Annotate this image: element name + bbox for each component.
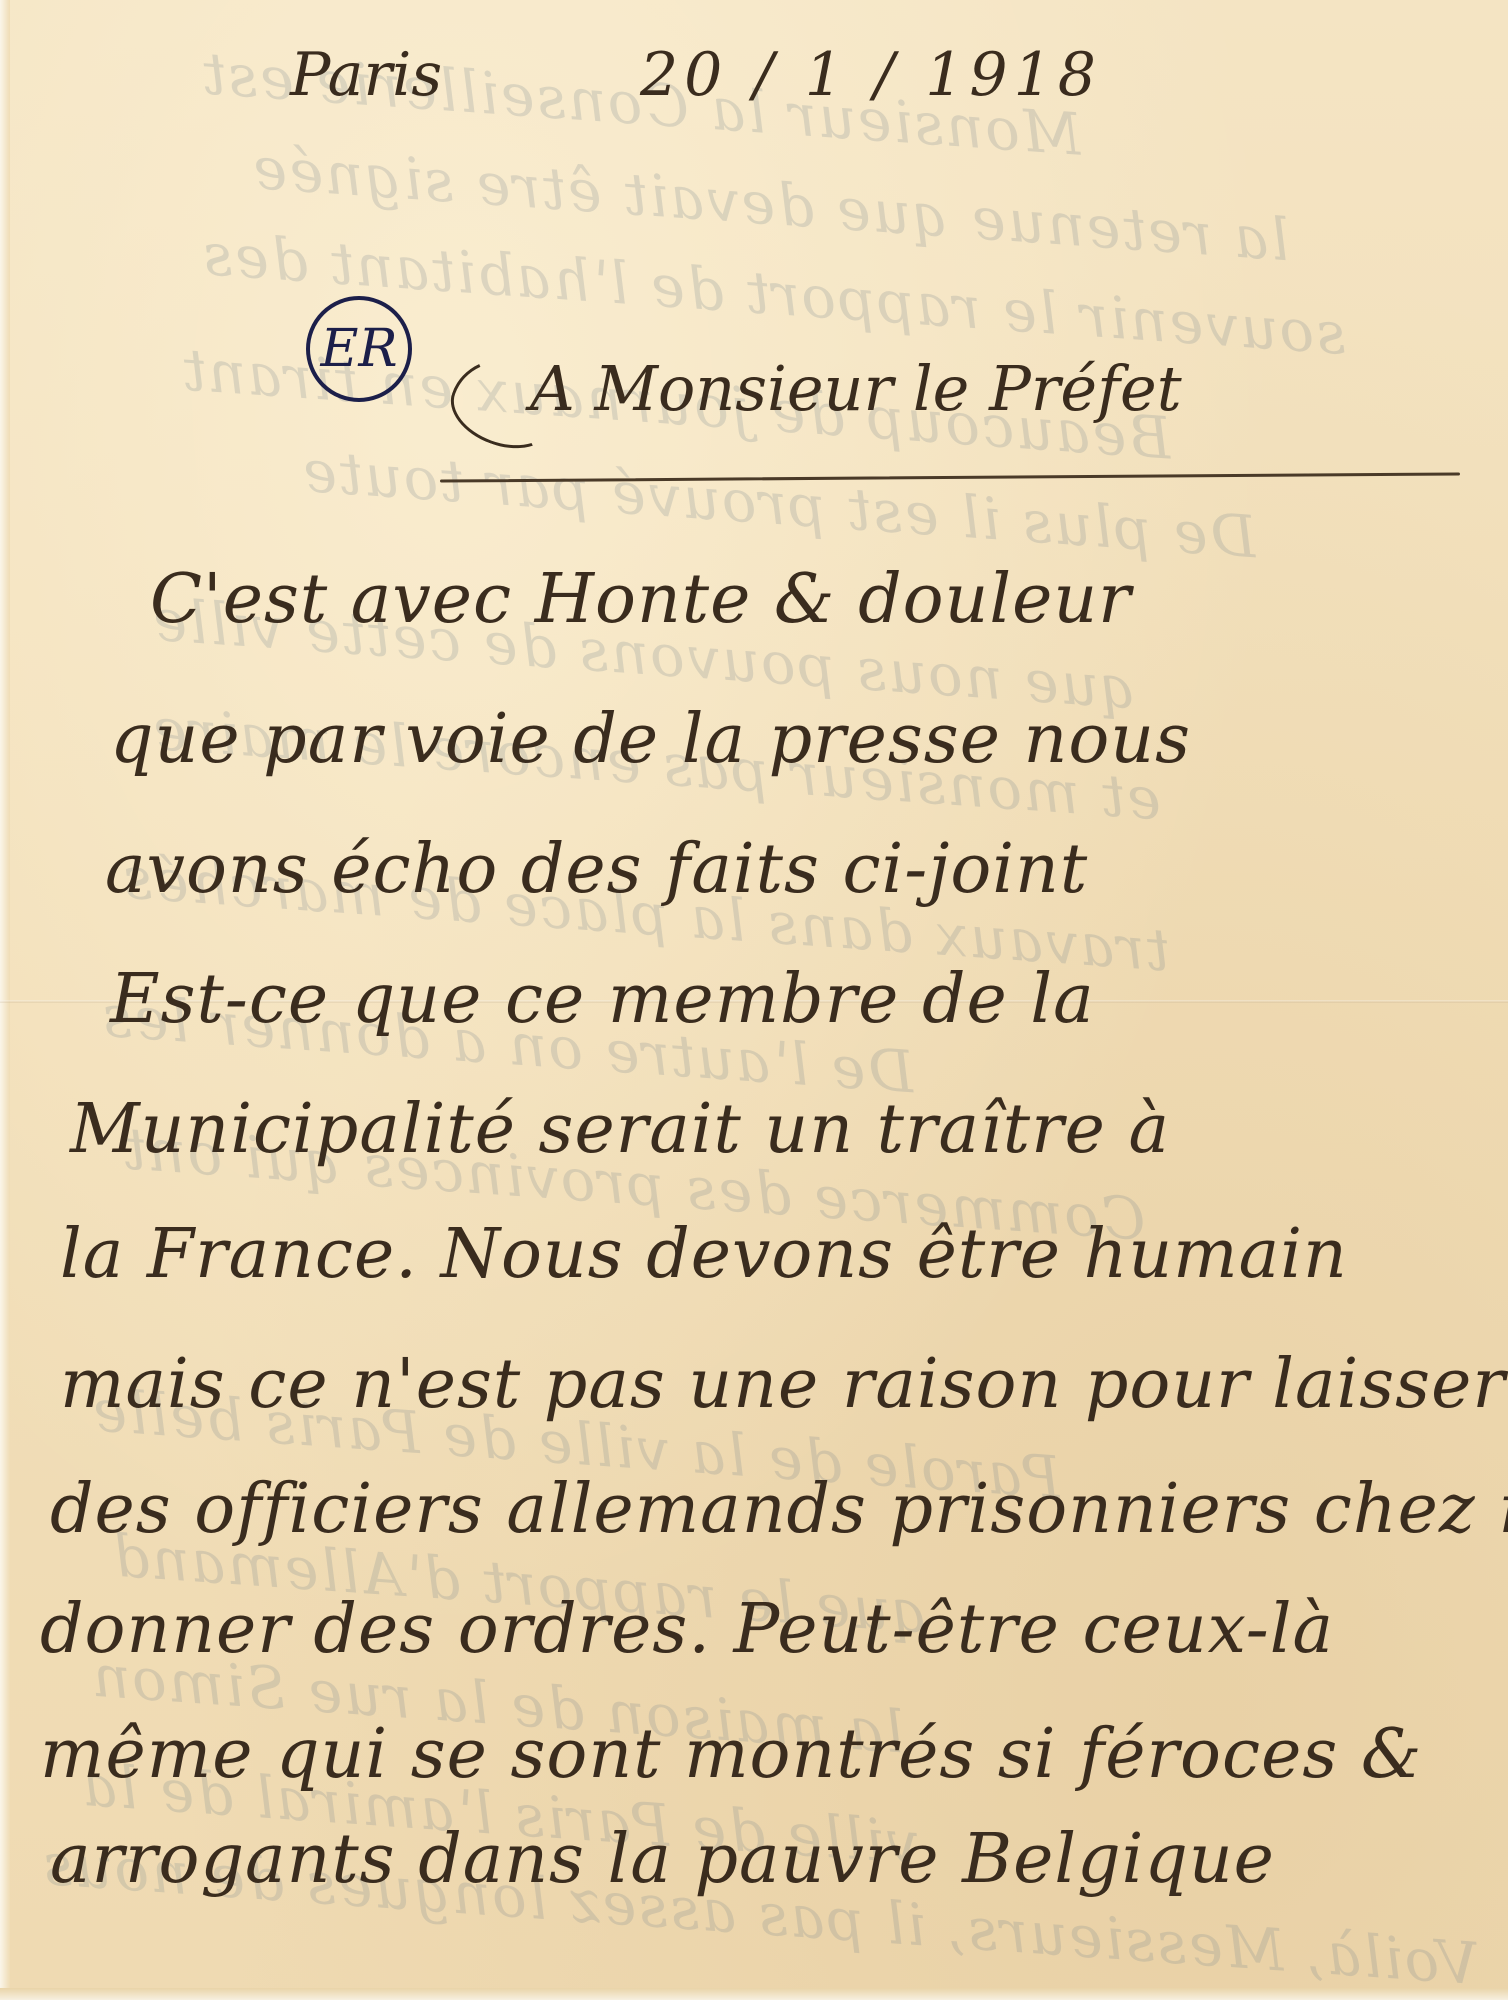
letter-date: 20 / 1 / 1918 xyxy=(640,40,1102,110)
body-line: donner des ordres. Peut-être ceux-là xyxy=(40,1590,1334,1669)
letter-place: Paris xyxy=(290,40,442,110)
body-line: que par voie de la presse nous xyxy=(110,700,1191,779)
body-line: Est-ce que ce membre de la xyxy=(110,960,1095,1039)
salutation: A Monsieur le Préfet xyxy=(530,352,1182,425)
paper-bottom-edge xyxy=(0,1988,1508,2000)
body-line: Municipalité serait un traître à xyxy=(70,1090,1170,1169)
body-line: C'est avec Honte & douleur xyxy=(150,560,1132,639)
bleed-line: De plus il est prouvé par toute xyxy=(299,437,1259,572)
body-line: la France. Nous devons être humain xyxy=(60,1215,1348,1294)
salutation-underline xyxy=(440,472,1460,482)
letter-page: Monsieur la Conseillerie est la retenue … xyxy=(0,0,1508,2000)
body-line: avons écho des faits ci-joint xyxy=(105,830,1088,909)
body-line: mais ce n'est pas une raison pour laisse… xyxy=(60,1345,1506,1424)
monogram-letters: ER xyxy=(320,323,397,375)
body-line: des officiers allemands prisonniers chez… xyxy=(50,1470,1508,1549)
monogram-seal-icon: ER xyxy=(306,296,412,402)
body-line: même qui se sont montrés si féroces & xyxy=(40,1715,1422,1794)
bleed-line: la retenue que devait être signée xyxy=(249,134,1292,274)
body-line: arrogants dans la pauvre Belgique xyxy=(50,1820,1275,1899)
